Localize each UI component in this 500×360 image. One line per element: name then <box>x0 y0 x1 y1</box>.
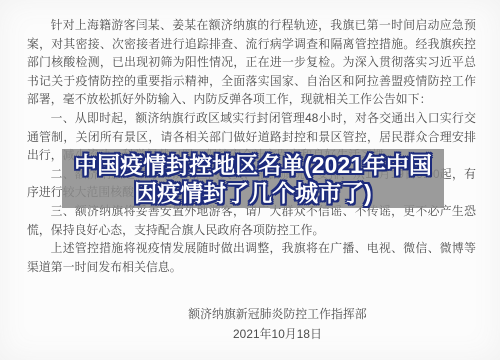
notice-paragraph-closing: 上述管控措施将视疫情发展随时做出调整，我旗将在广播、电视、微信、微博等渠道第一时… <box>27 239 476 276</box>
signature-org: 额济纳旗新冠肺炎防控工作指挥部 <box>79 305 476 325</box>
headline-line-1: 中国疫情封控地区名单(2021年中国 <box>74 151 432 179</box>
signature-date: 2021年10月18日 <box>79 325 476 345</box>
headline-overlay-band: 中国疫情封控地区名单(2021年中国 因疫情封了几个城市了) <box>62 149 444 208</box>
headline-line-2: 因疫情封了几个城市了) <box>134 179 372 207</box>
notice-paragraph-intro: 针对上海籍游客闫某、姜某在额济纳旗的行程轨迹，我旗已第一时间启动应急预案，对其密… <box>27 16 476 109</box>
signature-block: 额济纳旗新冠肺炎防控工作指挥部 2021年10月18日 <box>27 305 476 344</box>
notice-page: 针对上海籍游客闫某、姜某在额济纳旗的行程轨迹，我旗已第一时间启动应急预案，对其密… <box>0 0 500 360</box>
